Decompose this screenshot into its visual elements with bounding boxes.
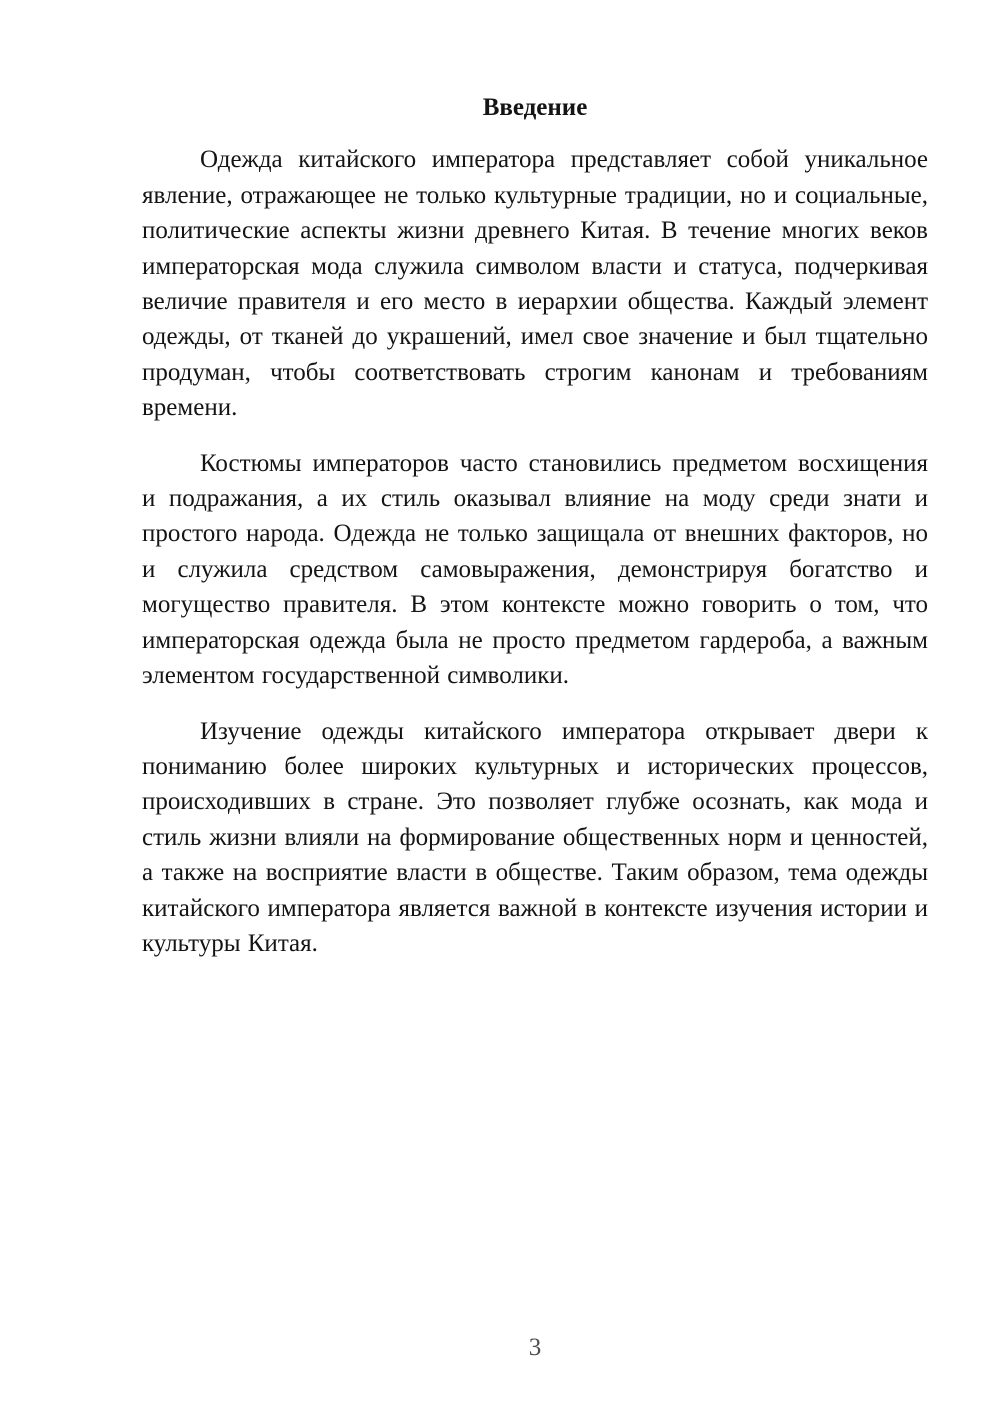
document-page: Введение Одежда китайского императора пр… — [0, 0, 1000, 1414]
page-content: Введение Одежда китайского императора пр… — [142, 90, 928, 981]
paragraph-3: Изучение одежды китайского императора от… — [142, 714, 928, 962]
page-number: 3 — [142, 1330, 928, 1365]
paragraph-2: Костюмы императоров часто становились пр… — [142, 446, 928, 694]
section-title: Введение — [142, 90, 928, 125]
paragraph-1: Одежда китайского императора представляе… — [142, 142, 928, 425]
